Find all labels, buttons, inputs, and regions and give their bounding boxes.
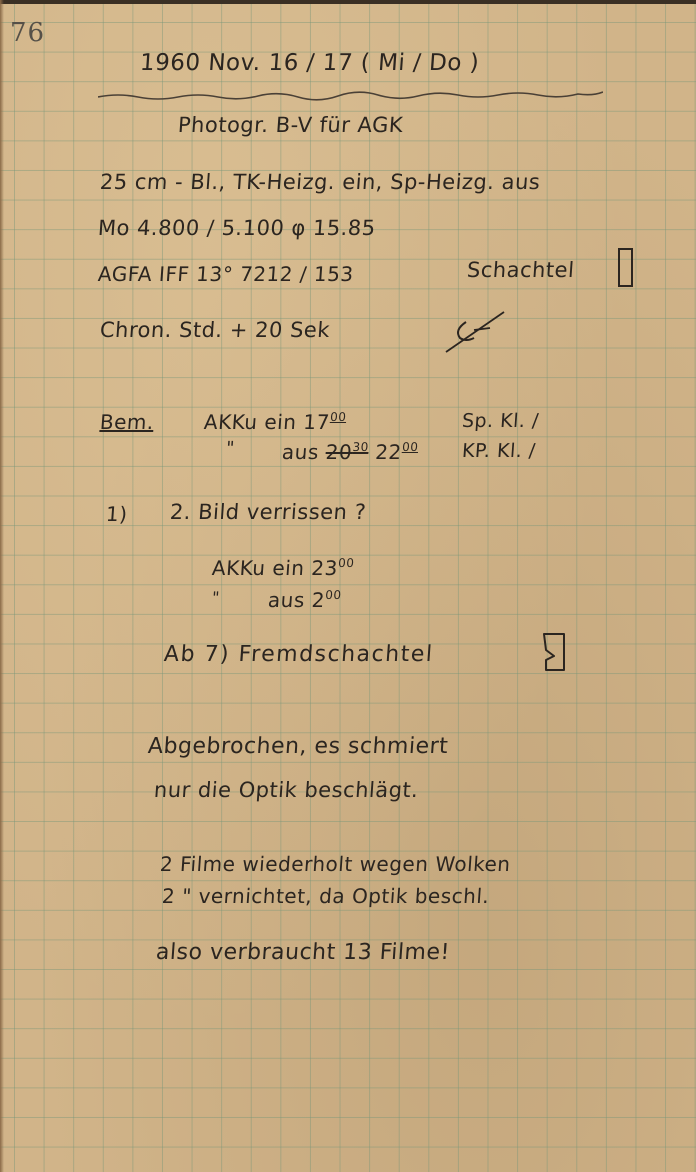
remarks-line-2: aus 2030 2200 bbox=[281, 440, 419, 464]
conclusion-line-2: nur die Optik beschlägt. bbox=[153, 778, 419, 802]
akku-second-line-1: AKKu ein 2300 bbox=[211, 556, 355, 580]
conclusion-line-1: Abgebrochen, es schmiert bbox=[147, 734, 449, 759]
remarks-line-2-time-sup: 00 bbox=[402, 440, 419, 454]
box-symbol-icon bbox=[616, 247, 636, 289]
akku-second-line-2-text: aus 2 bbox=[267, 588, 326, 612]
remarks-line-1-note: Sp. Kl. / bbox=[461, 410, 539, 432]
remarks-line-2-text: aus bbox=[281, 440, 320, 464]
from-plate-line: Ab 7) Fremdschachtel bbox=[163, 642, 434, 667]
chron-line: Chron. Std. + 20 Sek bbox=[99, 318, 331, 342]
remarks-line-1: AKKu ein 1700 bbox=[203, 410, 347, 434]
remarks-label: Bem. bbox=[99, 410, 155, 434]
summary-line-2: 2 " vernichtet, da Optik beschl. bbox=[161, 884, 490, 908]
akku-second-ditto: " bbox=[211, 588, 220, 607]
wavy-underline bbox=[98, 90, 603, 104]
remarks-line-2-ditto: " bbox=[225, 438, 235, 459]
remarks-line-1-text: AKKu ein 17 bbox=[203, 410, 330, 434]
note-1-text: 2. Bild verrissen ? bbox=[169, 500, 367, 524]
struck-minutes: 30 bbox=[352, 440, 369, 454]
date-heading: 1960 Nov. 16 / 17 ( Mi / Do ) bbox=[139, 50, 480, 76]
summary-line-1: 2 Filme wiederholt wegen Wolken bbox=[159, 852, 511, 876]
struck-hour: 20 bbox=[325, 440, 353, 464]
akku-second-line-2-sup: 00 bbox=[325, 588, 342, 602]
setup-line-1: 25 cm - Bl., TK-Heizg. ein, Sp-Heizg. au… bbox=[99, 170, 541, 194]
page-number: 76 bbox=[10, 18, 45, 48]
setup-line-2: Mo 4.800 / 5.100 φ 15.85 bbox=[97, 216, 376, 240]
total-line: also verbraucht 13 Filme! bbox=[155, 940, 451, 965]
setup-line-3: AGFA IFF 13° 7212 / 153 bbox=[97, 262, 354, 286]
akku-second-line-1-sup: 00 bbox=[338, 556, 355, 570]
check-crescent-icon bbox=[444, 308, 508, 354]
remarks-line-2-struck: 2030 bbox=[325, 440, 369, 464]
hook-box-icon bbox=[540, 630, 574, 678]
remarks-line-1-sup: 00 bbox=[330, 410, 347, 424]
page-left-edge bbox=[0, 0, 4, 1172]
remarks-line-2-time: 22 bbox=[374, 440, 402, 464]
note-1-marker: 1) bbox=[105, 502, 128, 526]
box-label: Schachtel bbox=[466, 258, 575, 282]
akku-second-line-1-text: AKKu ein 23 bbox=[211, 556, 338, 580]
notebook-page: 76 1960 Nov. 16 / 17 ( Mi / Do ) Photogr… bbox=[0, 0, 696, 1172]
page-top-edge bbox=[0, 0, 696, 4]
akku-second-line-2: aus 200 bbox=[267, 588, 342, 612]
subject-line: Photogr. B-V für AGK bbox=[177, 113, 404, 137]
remarks-line-2-note: KP. Kl. / bbox=[461, 440, 536, 462]
